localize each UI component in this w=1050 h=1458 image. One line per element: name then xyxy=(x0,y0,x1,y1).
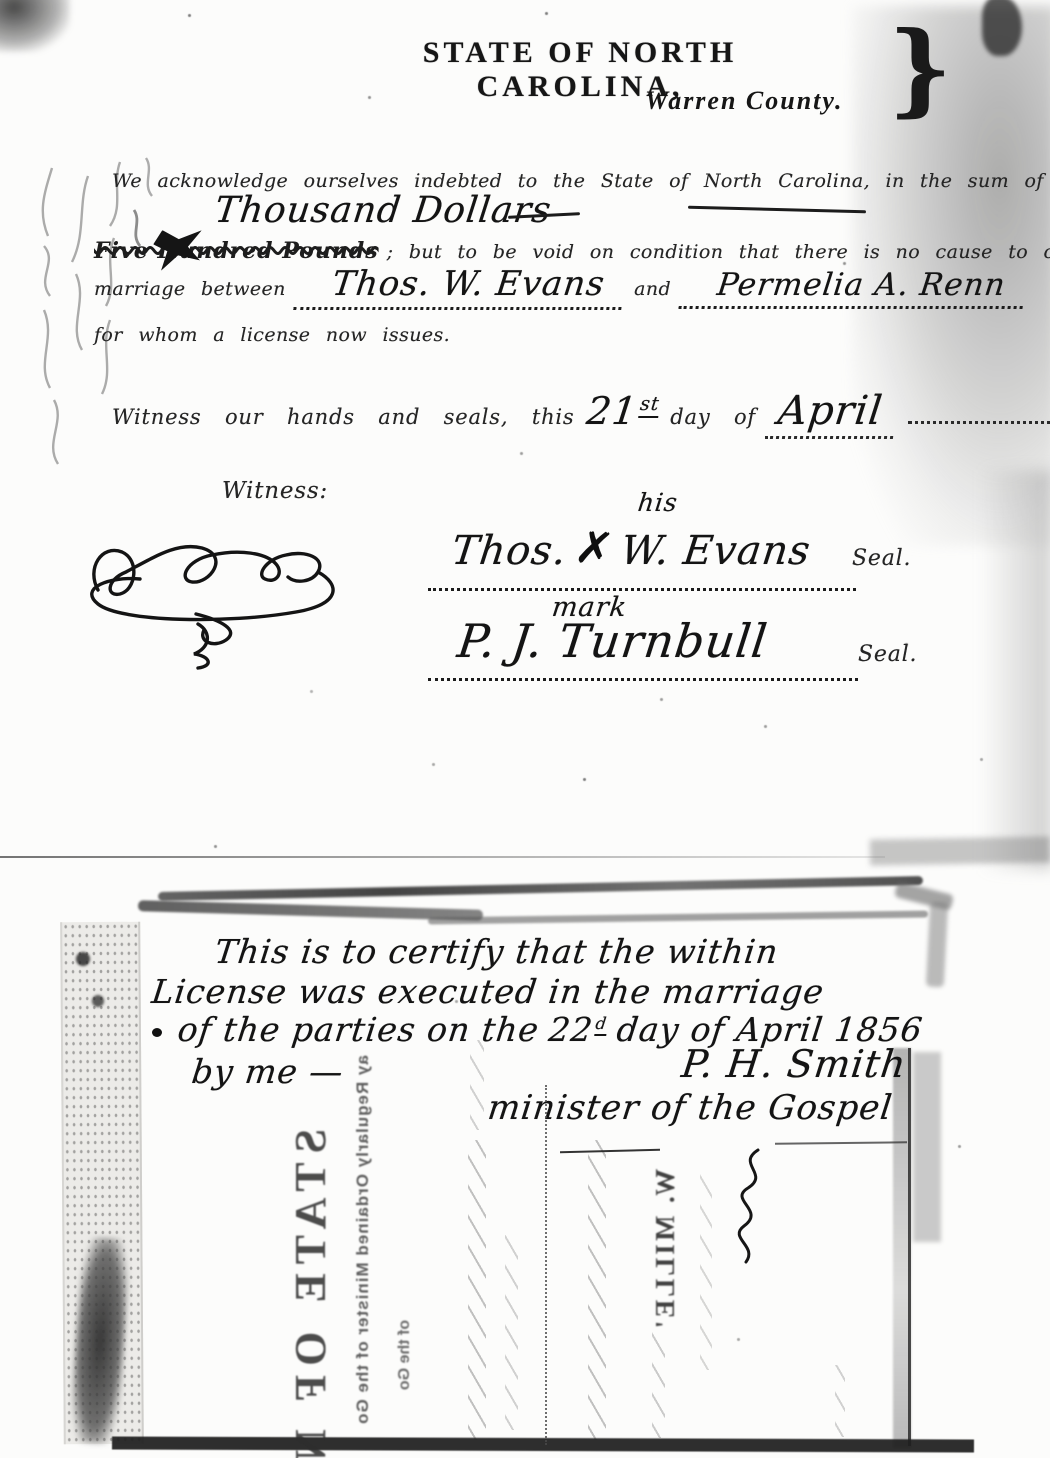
printed-and: and xyxy=(634,278,671,300)
bleed-through-script-column xyxy=(505,1235,518,1430)
seal-label: Seal. xyxy=(852,546,911,571)
groom-signature: Thos. ✗ W. Evans xyxy=(452,528,811,574)
witness-signature xyxy=(78,498,358,668)
groom-signature-rest: W. Evans xyxy=(618,528,813,574)
page-divider-line xyxy=(0,856,885,858)
signature-dotted-line xyxy=(428,676,858,681)
ink-dot xyxy=(152,1028,162,1037)
bleed-through-gospel-text: of the Go xyxy=(395,1295,415,1415)
paper-edge-right-smudge xyxy=(913,1052,941,1242)
certificate-day: 22d xyxy=(547,1010,609,1049)
dotted-fill-line xyxy=(908,405,1050,424)
bleed-through-script-column xyxy=(470,1040,484,1130)
his-label: his xyxy=(636,488,679,517)
pen-flourish xyxy=(718,1146,778,1276)
minister-signature: P. H. Smith xyxy=(679,1042,909,1086)
bleed-through-script-column xyxy=(652,1330,665,1438)
bond-line-3: marriage between Thos. W. Evans and Perm… xyxy=(94,264,1025,310)
bond-line-4: for whom a license now issues. xyxy=(94,324,450,346)
paper-stain-right-lower xyxy=(962,470,1050,870)
paper-stack-edge xyxy=(926,902,948,988)
paper-stack-edge xyxy=(428,911,928,925)
bleed-through-state-text: STATE OF NO xyxy=(284,1176,336,1458)
printed-indebted-text: We acknowledge ourselves indebted to the… xyxy=(112,170,1044,192)
bleed-through-script-column xyxy=(588,1140,606,1440)
struck-printed-amount: Five Hundred Pounds xyxy=(94,238,379,264)
ink-smudge-top-right xyxy=(982,0,1022,56)
certificate-line-1: This is to certify that the within xyxy=(213,932,781,971)
pen-underline xyxy=(775,1141,907,1144)
bride-name: Permelia A. Renn xyxy=(679,267,1028,309)
bondsman-signature: P. J. Turnbull xyxy=(455,614,771,668)
printed-witness-hands-seals: Witness our hands and seals, this xyxy=(112,405,575,429)
brace-glyph: } xyxy=(888,18,952,118)
bleed-through-script-column xyxy=(468,1140,486,1440)
printed-day-of: day of xyxy=(670,405,756,429)
handwritten-sum-thousand-dollars: Thousand Dollars xyxy=(212,190,553,231)
paper-edge-bottom-bar xyxy=(112,1436,974,1452)
printed-marriage-between: marriage between xyxy=(94,278,286,300)
bleed-through-mille-text: W. MILLE' xyxy=(650,1150,680,1350)
pen-underline xyxy=(560,1149,660,1154)
paper-edge-right-line xyxy=(908,1048,911,1446)
signature-dotted-line xyxy=(428,586,856,591)
certificate-line-4: by me — xyxy=(190,1052,346,1091)
bleed-through-ordained-minister-text: ay Regularly Ordained Minister of the Go xyxy=(351,1025,375,1455)
seal-label: Seal. xyxy=(858,642,917,667)
paper-specks xyxy=(0,0,3,3)
bleed-through-script-column xyxy=(835,1365,845,1437)
bleed-through-script-column xyxy=(700,1170,712,1370)
groom-name: Thos. W. Evans xyxy=(293,264,627,310)
bond-line-2: Five Hundred Pounds ; but to be void on … xyxy=(94,238,1050,264)
paper-stack-edge xyxy=(158,876,923,901)
page-divider-smudge xyxy=(870,836,1050,865)
paper-edge-dark-specks xyxy=(68,945,118,1015)
handwritten-day: 21st xyxy=(584,389,661,433)
county-line: Warren County. xyxy=(645,86,875,116)
attestation-line: Witness our hands and seals, this 21st d… xyxy=(112,388,1050,439)
ink-smudge-top-left xyxy=(0,0,70,52)
scanned-marriage-bond-document: STATE OF NORTH CAROLINA, Warren County. … xyxy=(0,0,1050,1458)
x-mark: ✗ xyxy=(572,527,615,569)
printed-condition-text: ; but to be void on condition that there… xyxy=(387,241,1050,263)
handwritten-month: April xyxy=(765,388,899,439)
pen-dash xyxy=(688,206,866,214)
groom-signature-first: Thos. xyxy=(449,528,569,574)
bleed-through-dotted-rule xyxy=(545,1085,547,1445)
certificate-line-2: License was executed in the marriage xyxy=(150,972,827,1011)
